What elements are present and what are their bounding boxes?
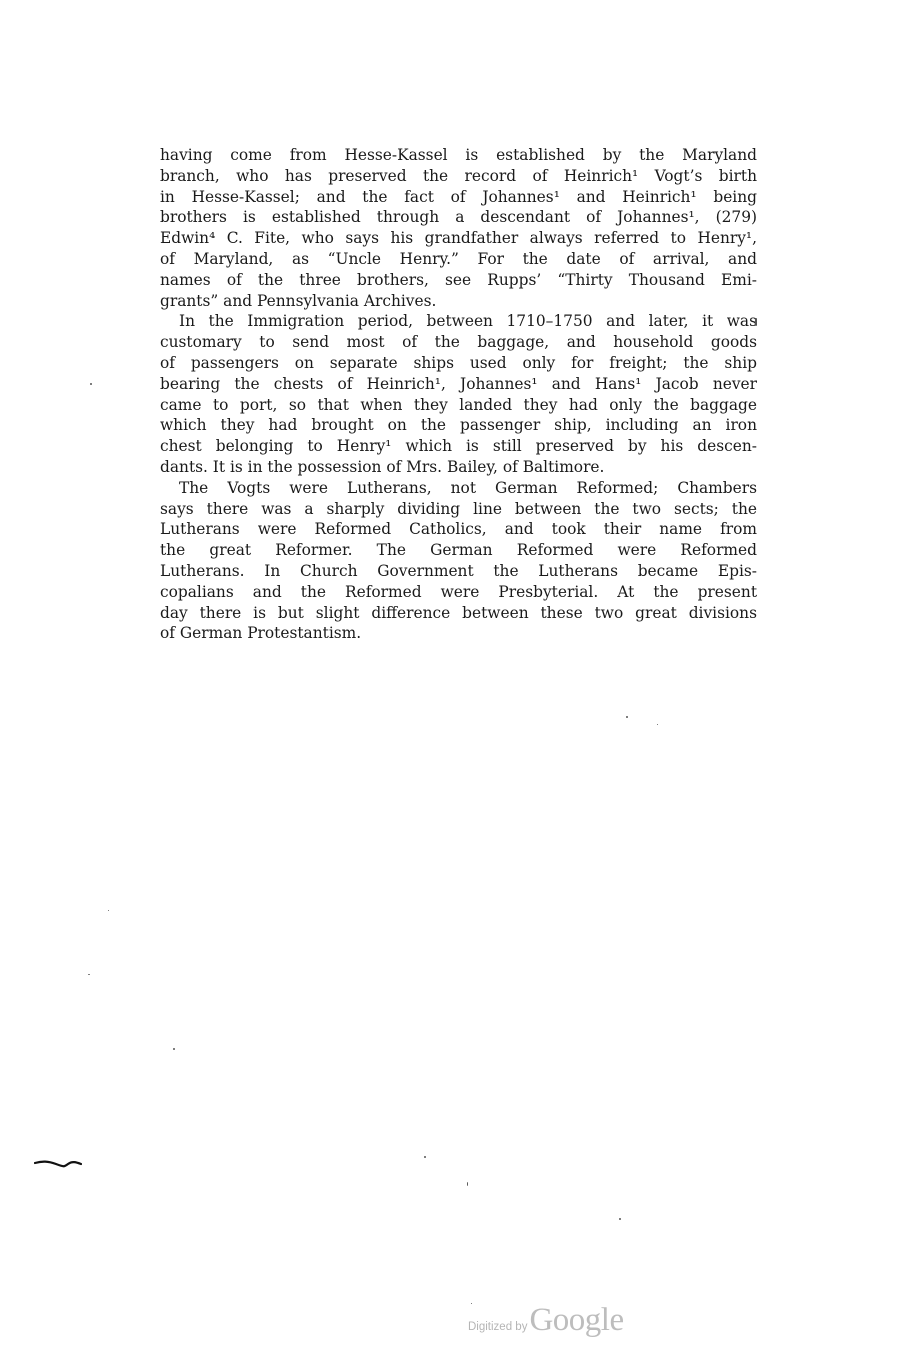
text-line: in Hesse-Kassel; and the fact of Johanne…	[160, 187, 757, 208]
text-line: names of the three brothers, see Rupps’ …	[160, 270, 757, 291]
text-line: In the Immigration period, between 1710–…	[160, 311, 757, 332]
text-line: having come from Hesse-Kassel is establi…	[160, 145, 757, 166]
text-line: grants” and Pennsylvania Archives.	[160, 291, 757, 312]
text-line: which they had brought on the passenger …	[160, 415, 757, 436]
text-line: branch, who has preserved the record of …	[160, 166, 757, 187]
page-body-text: having come from Hesse-Kassel is establi…	[160, 145, 757, 644]
text-line: of passengers on separate ships used onl…	[160, 353, 757, 374]
scan-speck	[424, 1156, 426, 1158]
text-line: The Vogts were Lutherans, not German Ref…	[160, 478, 757, 499]
paragraph-lutherans: The Vogts were Lutherans, not German Ref…	[160, 478, 757, 644]
text-line: came to port, so that when they landed t…	[160, 395, 757, 416]
scan-speck	[626, 716, 628, 718]
text-line: of German Protestantism.	[160, 623, 757, 644]
text-line: chest belonging to Henry¹ which is still…	[160, 436, 757, 457]
text-line: dants. It is in the possession of Mrs. B…	[160, 457, 757, 478]
scan-speck	[755, 318, 757, 326]
text-line: of Maryland, as “Uncle Henry.” For the d…	[160, 249, 757, 270]
text-line: customary to send most of the baggage, a…	[160, 332, 757, 353]
paragraph-immigration: In the Immigration period, between 1710–…	[160, 311, 757, 477]
text-line: brothers is established through a descen…	[160, 207, 757, 228]
text-line: says there was a sharply dividing line b…	[160, 499, 757, 520]
scan-speck	[88, 974, 90, 975]
scan-speck	[90, 383, 92, 385]
text-line: Lutherans. In Church Government the Luth…	[160, 561, 757, 582]
ink-mark	[34, 1158, 82, 1170]
text-line: day there is but slight difference betwe…	[160, 603, 757, 624]
google-logo: Google	[529, 1302, 623, 1339]
scan-speck	[619, 1218, 621, 1220]
paragraph-origin: having come from Hesse-Kassel is establi…	[160, 145, 757, 311]
text-line: Lutherans were Reformed Catholics, and t…	[160, 519, 757, 540]
scan-speck	[467, 1182, 468, 1186]
text-line: bearing the chests of Heinrich¹, Johanne…	[160, 374, 757, 395]
scan-speck	[173, 1048, 175, 1050]
text-line: copalians and the Reformed were Presbyte…	[160, 582, 757, 603]
scan-speck	[108, 910, 109, 911]
text-line: the great Reformer. The German Reformed …	[160, 540, 757, 561]
digitized-by-watermark: Digitized by Google	[468, 1302, 624, 1339]
digitized-label: Digitized by	[468, 1321, 527, 1333]
text-line: Edwin⁴ C. Fite, who says his grandfather…	[160, 228, 757, 249]
scan-speck	[657, 724, 658, 725]
